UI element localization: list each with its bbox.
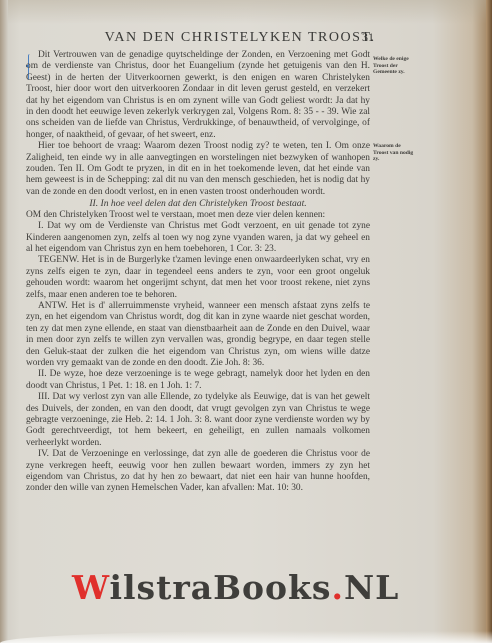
page-edge — [486, 0, 492, 643]
watermark-name: ilstraBooks — [109, 568, 331, 607]
running-head: VAN DEN CHRISTELYKEN TROOST. — [90, 30, 390, 46]
section-paragraph-2: II. De wyze, hoe deze verzoeninge is te … — [26, 369, 370, 392]
section-paragraph-objection: TEGENW. Het is in de Burgerlyke t'zamen … — [26, 255, 370, 301]
page-number: 31 — [362, 30, 374, 45]
margin-note-2: Waarom de Troost van nodig zy. — [373, 143, 415, 163]
page-fold — [0, 631, 492, 643]
section-paragraph-3: III. Dat wy verlost zyn van alle Ellende… — [26, 392, 370, 449]
paragraph-2: Hier toe behoort de vraag: Waarom dezen … — [26, 141, 370, 198]
watermark-suffix: NL — [344, 568, 399, 607]
margin-note-1: Welke de enige Troost der Gemeente zy. — [373, 56, 415, 76]
page-body: Dit Vertrouwen van de genadige quytschel… — [26, 50, 370, 495]
watermark-initial: W — [72, 568, 109, 607]
section-heading: II. In hoe veel delen dat den Christelyk… — [26, 198, 370, 209]
section-paragraph-4: IV. Dat de Verzoeninge en verlossinge, d… — [26, 449, 370, 495]
book-page: VAN DEN CHRISTELYKEN TROOST. 31 Welke de… — [0, 0, 492, 643]
page-gutter — [0, 0, 8, 643]
section-paragraph-answer: ANTW. Het is d' allerruimmenste vryheid,… — [26, 301, 370, 369]
watermark-dot: . — [332, 568, 345, 607]
section-paragraph-1: I. Dat wy om de Verdienste van Christus … — [26, 221, 370, 255]
watermark-logo: WilstraBooks.NL — [72, 568, 432, 607]
paragraph-1: Dit Vertrouwen van de genadige quytschel… — [26, 50, 370, 141]
section-intro: OM den Christelyken Troost wel te versta… — [26, 210, 370, 221]
